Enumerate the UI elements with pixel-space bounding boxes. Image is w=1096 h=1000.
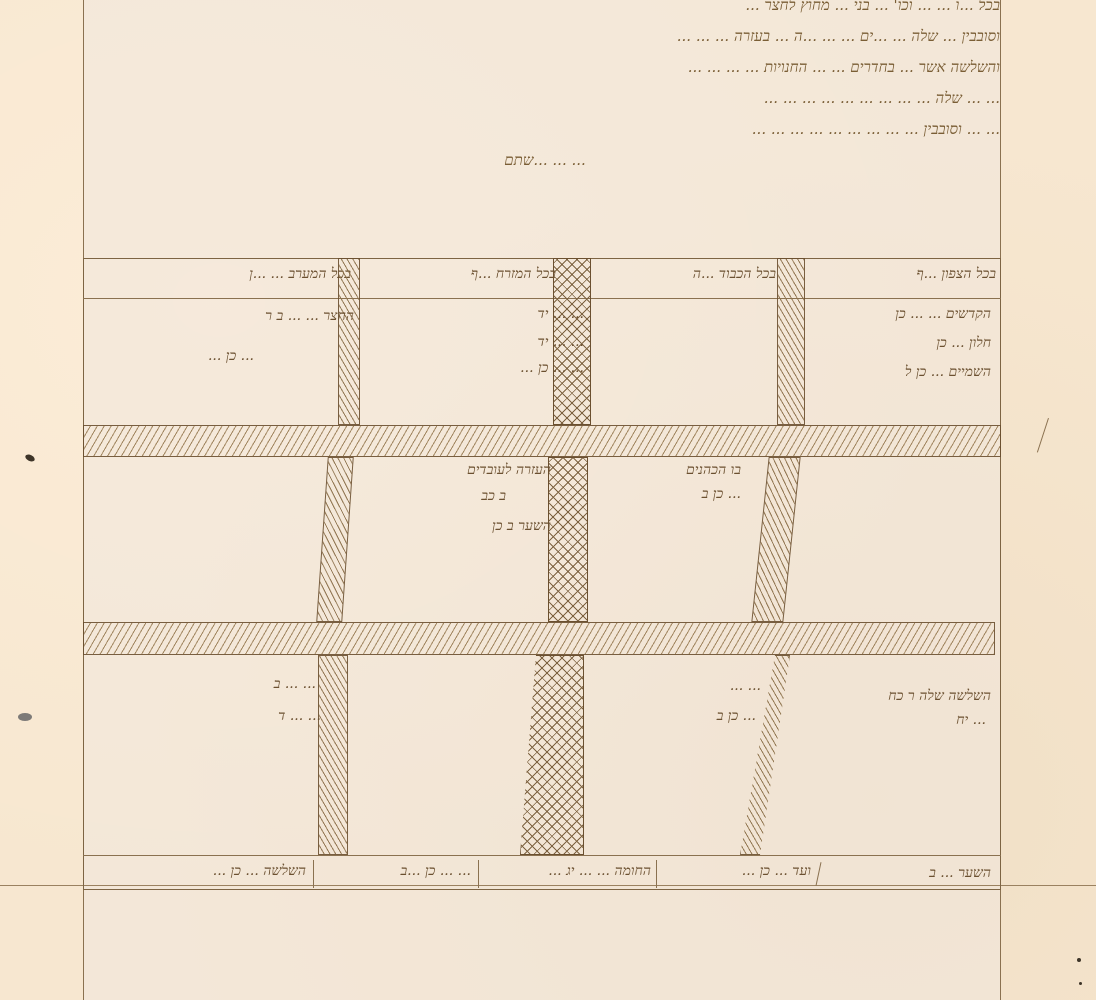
cell-r2-c3-line: ב כב bbox=[481, 488, 506, 505]
prose-closing-line: ... ... ...שתם bbox=[90, 145, 1000, 176]
cell-r3-c4-line: ... ... ב bbox=[274, 676, 316, 693]
margin-stroke bbox=[1037, 418, 1049, 453]
cell-r1-c3-line: ... ... יד bbox=[538, 306, 585, 323]
footer-row-top-line bbox=[83, 855, 1001, 856]
prose-line: ... ... וסובבין ... ... ... ... ... ... … bbox=[90, 114, 1000, 145]
cell-r3-c1-line: ... יח bbox=[956, 712, 986, 729]
cell-r1-c3-line: ... ... יד bbox=[538, 334, 585, 351]
footer-label: ... ... כן ...ב bbox=[400, 863, 471, 880]
ink-blot bbox=[24, 453, 36, 463]
footer-divider bbox=[313, 860, 314, 888]
prose-block: בכל ...ו ... ... וכו' ... בני ... מחוץ ל… bbox=[90, 0, 1000, 176]
cell-r1-c4-line: ... כן ... bbox=[208, 348, 254, 365]
cell-r2-c3-line: העזרה לעובדים bbox=[467, 462, 551, 479]
wall-column-center bbox=[548, 457, 588, 622]
cell-r3-c1-line: השלשה שלה ר כח bbox=[888, 688, 991, 705]
cell-r3-c4-line: ... ... ד bbox=[278, 708, 321, 725]
footer-label: ועד ... כן ... bbox=[742, 863, 811, 880]
footer-divider bbox=[656, 860, 657, 888]
header-label-north: בכל הצפון ...ף bbox=[916, 266, 996, 283]
manuscript-page: בכל ...ו ... ... וכו' ... בני ... מחוץ ל… bbox=[0, 0, 1096, 1000]
cell-r1-c1-line: השמיים ... כן ל bbox=[905, 364, 991, 381]
footer-label: השלשה ... כן ... bbox=[213, 863, 306, 880]
cell-r1-c3-line: ... ... כן ... bbox=[520, 360, 584, 377]
wall-column-west bbox=[338, 258, 360, 425]
cell-r3-c2-line: ... כן ב bbox=[717, 708, 756, 725]
ink-speck bbox=[1079, 982, 1082, 985]
prose-line: והשלשה אשר ... בחדרים ... ... החנויות ..… bbox=[90, 52, 1000, 83]
header-label-west: בכל המערב ... ...ן bbox=[249, 266, 351, 283]
cell-r1-c1-line: חלון ... כן bbox=[936, 335, 991, 352]
cell-r2-c2-line: ... כן ב bbox=[702, 486, 741, 503]
footer-label: החומה ... ... יג ... bbox=[548, 863, 651, 880]
cell-r3-c2-line: ... ... bbox=[730, 678, 761, 694]
header-row-bottom-line bbox=[83, 298, 1001, 299]
wall-band-top bbox=[83, 425, 1001, 457]
ink-speck bbox=[1077, 958, 1081, 962]
wall-column-west bbox=[318, 655, 348, 855]
cell-r1-c1-line: הקדשים ... ... כן bbox=[895, 306, 991, 323]
prose-line: וסובבין ... שלה ... ...ים ... ... ...ה .… bbox=[90, 21, 1000, 52]
cell-r1-c4-line: החצר ... ... ב ר bbox=[265, 308, 354, 325]
wall-band-middle bbox=[83, 622, 995, 655]
prose-line: ... ... שלה ... ... ... ... ... ... ... … bbox=[90, 83, 1000, 114]
ink-blot bbox=[18, 713, 32, 721]
header-label-glory: בכל הכבוד ...ה bbox=[693, 266, 776, 283]
prose-line: בכל ...ו ... ... וכו' ... בני ... מחוץ ל… bbox=[90, 0, 1000, 21]
cell-r2-c2-line: בו הכהנים bbox=[686, 462, 741, 479]
cell-r2-c3-line: השער ב כן bbox=[492, 518, 551, 535]
footer-divider bbox=[478, 860, 479, 888]
footer-label: השער ... ב bbox=[929, 865, 991, 882]
header-label-east: בכל המזרח ...ף bbox=[471, 266, 556, 283]
wall-column-east bbox=[777, 258, 805, 425]
